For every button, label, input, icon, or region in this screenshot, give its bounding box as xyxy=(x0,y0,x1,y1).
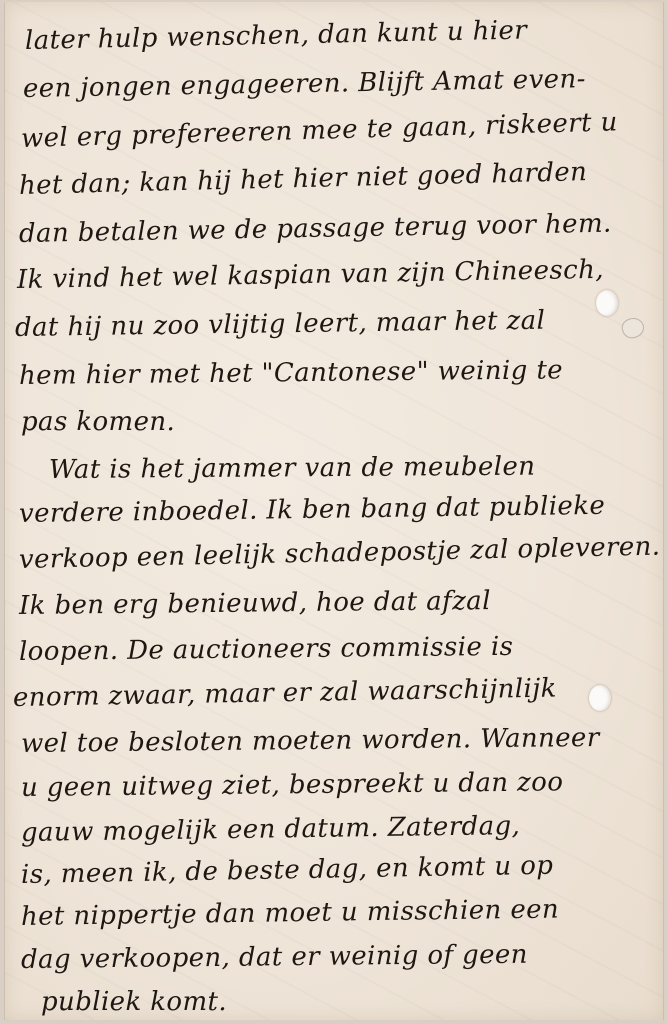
text-line-16: wel toe besloten moeten worden. Wanneer xyxy=(21,723,600,759)
text-line-3: wel erg prefereeren mee te gaan, riskeer… xyxy=(21,107,618,154)
text-line-18: gauw mogelijk een datum. Zaterdag, xyxy=(21,811,521,848)
text-line-4: het dan; kan hij het hier niet goed hard… xyxy=(19,157,588,201)
text-line-12: verkoop een leelijk schadepostje zal opl… xyxy=(19,532,661,575)
text-line-19: is, meen ik, de beste dag, en komt u op xyxy=(21,851,554,890)
text-line-7: dat hij nu zoo vlijtig leert, maar het z… xyxy=(15,306,546,343)
text-line-2: een jongen engageeren. Blijft Amat even- xyxy=(23,64,586,104)
text-line-6: Ik vind het wel kaspian van zijn Chinees… xyxy=(17,255,604,295)
text-line-15: enorm zwaar, maar er zal waarschijnlijk xyxy=(13,674,557,713)
text-line-5: dan betalen we de passage terug voor hem… xyxy=(19,209,612,249)
punch-hole-top xyxy=(596,290,618,316)
text-line-8: hem hier met het "Cantonese" weinig te xyxy=(19,355,563,391)
text-line-20: het nippertje dan moet u misschien een xyxy=(21,894,560,932)
letter-page: later hulp wenschen, dan kunt u hiereen … xyxy=(4,2,664,1020)
text-line-10: Wat is het jammer van de meubelen xyxy=(49,452,536,485)
text-line-11: verdere inboedel. Ik ben bang dat publie… xyxy=(19,491,606,529)
text-line-21: dag verkoopen, dat er weinig of geen xyxy=(21,940,528,975)
text-line-17: u geen uitweg ziet, bespreekt u dan zoo xyxy=(21,767,564,803)
text-line-1: later hulp wenschen, dan kunt u hier xyxy=(25,15,528,56)
text-line-9: pas komen. xyxy=(21,407,175,437)
punch-hole-bottom xyxy=(589,685,611,711)
text-line-22: publiek komt. xyxy=(41,987,227,1017)
text-line-14: loopen. De auctioneers commissie is xyxy=(19,632,514,667)
text-line-13: Ik ben erg benieuwd, hoe dat afzal xyxy=(19,586,491,621)
